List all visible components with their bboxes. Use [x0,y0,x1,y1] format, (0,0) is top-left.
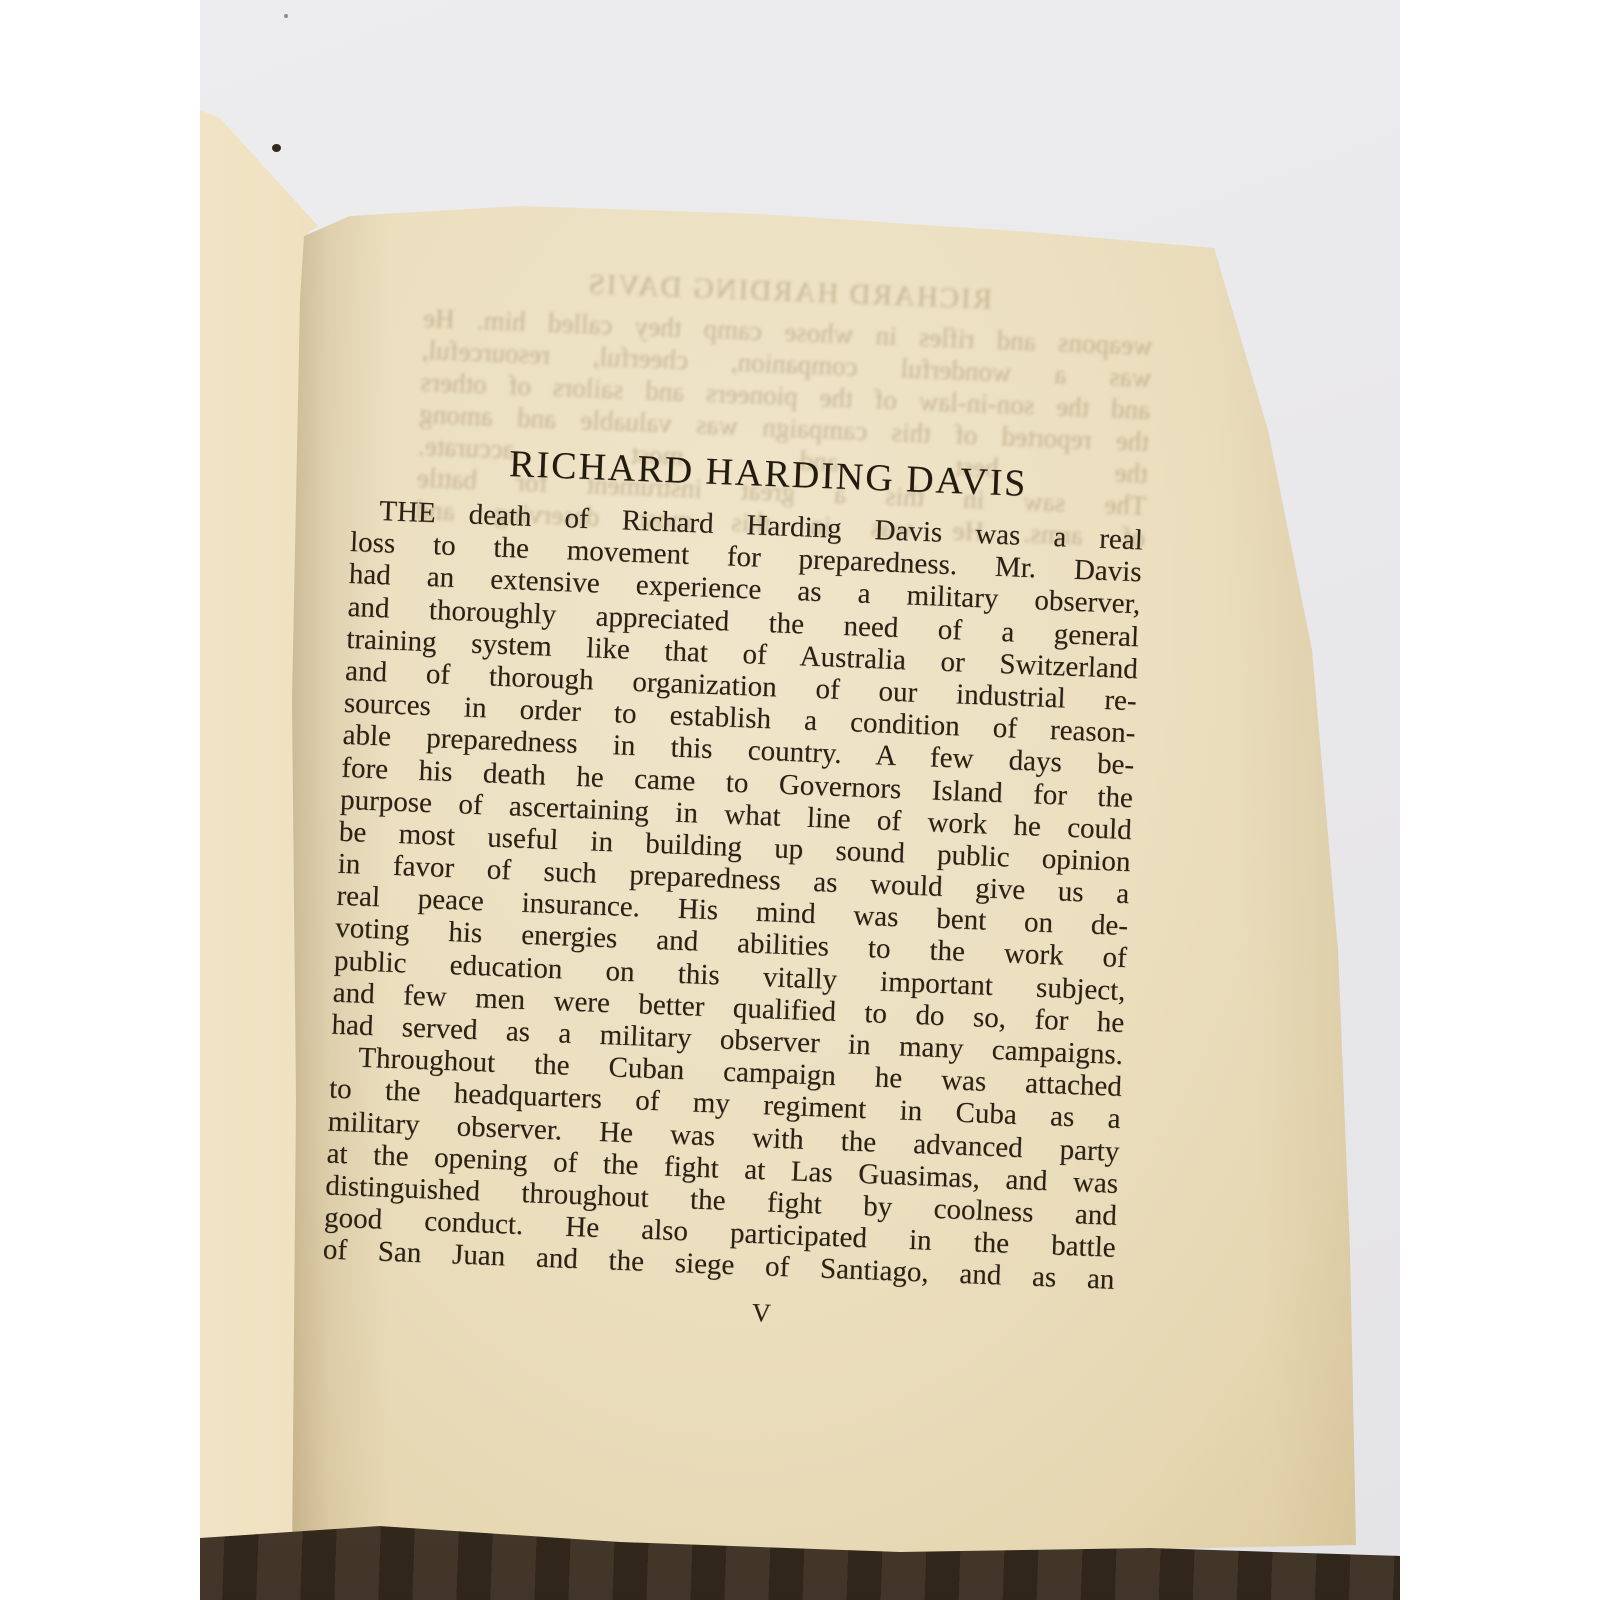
book-photo: RICHARD HARDING DAVIS weapons and rifles… [200,0,1400,1600]
page-text: RICHARD HARDING DAVIS THE death of Richa… [321,494,1144,1343]
dark-speck [272,144,281,152]
small-speck [284,14,288,18]
page-body: THE death of Richard Harding Davis was a… [322,494,1143,1296]
background: RICHARD HARDING DAVIS weapons and rifles… [0,0,1600,1600]
